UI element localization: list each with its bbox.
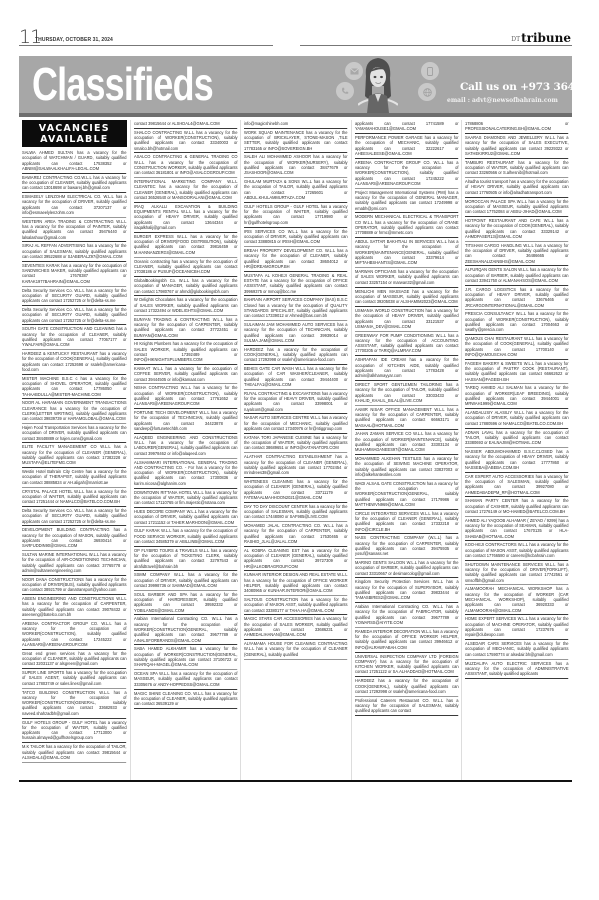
classified-ad: GlobalBookingsbh Co. W.L.L has a vacancy… — [134, 277, 238, 296]
classified-ad: BAWAREJ CONTRACTING CO.W.L.L has a vacan… — [22, 174, 127, 193]
classified-ad: WESTERN AREA TRADING & CONTRACTING W.L.L… — [22, 218, 127, 243]
classified-ad: AREENA CONTRACTOR GROUP CO. W.L.L has a … — [22, 620, 127, 650]
classified-ad: 17868806 or PROFESSIONALCATERING.BH@GMAI… — [465, 120, 569, 134]
classified-ad: SULAIMAN JAM MOHAMMED AUTO SERVICES has … — [244, 321, 348, 346]
classified-ad: SALEH ALI MOHAMMED ASHOOR has a vacancy … — [244, 153, 348, 178]
classified-ad: Westin Hotel Bahrain City Centre has a v… — [22, 468, 127, 487]
classified-ad: ALSHAMMARI INTERNATIONAL GENERAL TRADING… — [134, 459, 238, 489]
classified-ad: WADI ALSAIL GATE CONSTRUCTION has a vaca… — [355, 480, 459, 510]
classified-ad: Delta Security Services Co. W.L.L has a … — [22, 306, 127, 325]
classified-ad: DOWNTOWN RITTANA HOTEL W.L.L has a vacan… — [134, 489, 238, 508]
classified-ad: ESMAEELY LENZOHM ELECTRICAL CO. W.L.L ha… — [22, 193, 127, 218]
classified-ad: MARWAN OPTICIANS has a vacancy for the o… — [355, 268, 459, 287]
classified-ad: contact 39815644 or ALSHDAL4@GMAIL.COM — [134, 120, 238, 129]
classified-ad: MENLICHI MEN MASSAGE has a vacancy for t… — [355, 288, 459, 307]
classified-ad: HARDEEZ & KENTUCKY RESTAURANT has a vaca… — [22, 350, 127, 375]
classified-ad: TAMBURI RESTAURANT has a vacancy for the… — [465, 159, 569, 178]
classified-ad: ALYAMAMA HOUSE FOR CLEANING CONTRACTING … — [244, 640, 348, 659]
brand-logo: DTtribune — [511, 31, 571, 45]
classified-ad: MAGIC SHINE CLEANING CO. W.L.L has a vac… — [134, 690, 238, 709]
classified-ad: info@magicshinebh.com — [244, 120, 348, 129]
classified-ad: RAMEDA INTERIOR DECORATION W.L.L has a v… — [355, 628, 459, 653]
classified-ad: SABA HAMED ALKHAMIR has a vacancy for th… — [134, 645, 238, 670]
classified-ad: MAGIC STARS CAR ACCESSORIES has a vacanc… — [244, 615, 348, 640]
classified-ad: SOUTH GATE CONSTRUCTION AND CLEANING has… — [22, 325, 127, 350]
classified-ad: NASS CONTRACTING COMPANY (W.L.L) has a v… — [355, 534, 459, 559]
classified-ad: Alradha tourist transport has a vacancy … — [465, 178, 569, 197]
classified-ad: SAARAS DIAMONDS AND JEWELLERY W.L.L has … — [465, 134, 569, 159]
classified-ad: NISHA CONTRACTING W.L.L has a vacancy fo… — [134, 384, 238, 409]
classified-ad: RUYAL CONTRACTING & EXCAVATIONS has a va… — [244, 390, 348, 415]
classified-ad: ALAQEED ENGINEERING AND CONSTRUCTIONS W.… — [134, 434, 238, 459]
heading-line-2: AVAILABLE — [22, 134, 127, 145]
classified-ad: ADNAN LAVAL has a vacancy for the occupa… — [465, 429, 569, 448]
email-address-text[interactable]: email : advt@newsofbahrain.com — [447, 97, 558, 104]
classified-ad: KATANA TORI JAPANESE CUISINE has a vacan… — [244, 434, 348, 453]
classified-ad: HOME EXPERT SERVICES W.L.L has a vacancy… — [465, 615, 569, 640]
classified-ad: HOTPOINT RESTAURANT AND CAFE W.L.L has a… — [465, 217, 569, 242]
classified-ad: SEVENTIES KARAK has a vacancy for the oc… — [22, 262, 127, 287]
call-us-text: Call us on +973 36458394 — [460, 81, 599, 93]
header-rule-left — [19, 45, 273, 46]
banner-bottom-strip — [19, 113, 572, 117]
classified-ad: NOOR AL HARAMAIN GOVERNMENT TRANSACTIONS… — [22, 399, 127, 424]
classified-ad: GREENWAY FOR PUMP CONDITIONING W.L.L has… — [355, 332, 459, 357]
classifieds-banner: Classifieds Call us on +973 36458394 ema… — [19, 56, 572, 113]
classified-ad: MARINO GENTS SALOON W.L.L has a vacancy … — [355, 559, 459, 578]
classified-ad: MOHAMMED ALKEHAN TEXTILES has a vacancy … — [355, 455, 459, 480]
classified-ad: ALSEDAIR CARS SERVICES has a vacancy for… — [465, 640, 569, 659]
classified-ad: BUNYAN TRADING & CONTRACTING W.L.L has a… — [134, 316, 238, 341]
classified-ad: BURGER EXPRESS W.L.L has a vacancy for t… — [134, 233, 238, 258]
support-woman-illustration — [358, 56, 398, 113]
column-1: VACANCIES AVAILABLE SALWA AHMED SULTAN h… — [19, 120, 130, 780]
classified-ad: BEHES GATE CAR WASH W.L.L has a vacancy … — [244, 365, 348, 390]
classified-ad: GULF KARAK W.L.L has a vacancy for the o… — [134, 527, 238, 546]
classified-ad: ASHRAFAN IDE CREAM has a vacancy for the… — [355, 356, 459, 381]
classified-ad: DIRECT SPORT GENTLEMEN TAILORING has a v… — [355, 381, 459, 406]
classified-ad: MOHAMED JALAL CONTRACTING CO. W.L.L has … — [244, 522, 348, 547]
classified-ad: HUES DECORE COMPANY W.L.L has a vacancy … — [134, 508, 238, 527]
page-header: 11 THURSDAY, OCTOBER 31, 2024 — [19, 22, 272, 46]
classified-ad: QAMOUS CHAI RESTAURANT W.L.L has a vacan… — [465, 335, 569, 360]
classified-ad: HI Knights Plumbers has a vacancy for th… — [134, 340, 238, 365]
classified-ad: MISTER MACHINE B.S.C c has a vacancy for… — [22, 375, 127, 400]
classified-ad: ALATHAR CONTRACTING ESTABLISHMENT has a … — [244, 453, 348, 478]
column-3: info@magicshinebh.comWORK SQUAD MAINTENA… — [240, 120, 351, 780]
classified-ad: TATCO BUILDING CONSTRUCTION W.L.L has a … — [22, 689, 127, 719]
classified-ad: HARDEEZ has a vacancy for the occupation… — [355, 677, 459, 696]
classified-ad: Great end green services has a vacancy f… — [22, 650, 127, 669]
classified-ad: W Delights Chocolates has a vacancy for … — [134, 296, 238, 315]
classified-ad: applicants can contact 17741589 or YAMAM… — [355, 120, 459, 134]
classified-ad: ABDUL SATTAR BAKHTIALI IN SERVICES W.L.L… — [355, 238, 459, 268]
classified-ad: Hajen Food Transportation Services has a… — [22, 424, 127, 443]
mobile-icon — [421, 62, 439, 80]
classified-ad: UNIVERSAL INSPECTION COMPANY LTD (FOREIG… — [355, 653, 459, 678]
classified-ad: KAMAAT W.L.L has a vacancy for the occup… — [134, 365, 238, 384]
classified-ad: PRESCIA CONSULTANCY W.L.L has a vacancy … — [465, 310, 569, 335]
classified-ad: SALTOUS CONSTRUCTION has a vacancy for t… — [244, 596, 348, 615]
classified-ad: IRAQ ALKALLI EXCAVATION & BUILDING EQUIP… — [134, 203, 238, 233]
classified-ad: BREAH PROPERTY DEVELOPMENT CO. W.L.L has… — [244, 247, 348, 272]
classified-ad: SSMM COMPANY W.L.L has a vacancy for the… — [134, 571, 238, 590]
classified-ad: GHULAM MURTAZA & SONS W.L.L has a vacanc… — [244, 178, 348, 203]
classified-ad: KUNHAR INTERIOR DESIGN AND REAL ESTATE W… — [244, 571, 348, 596]
classified-ad: WHITENESS CLEANING has a vacancy for the… — [244, 478, 348, 503]
classified-ad: AL KOBRA CLEANING EST has a vacancy for … — [244, 547, 348, 572]
classified-ad: INTERNATIONAL MARKETING COMPANY W.L.L CL… — [134, 178, 238, 203]
classified-ad: MOROCCAN PALACE SPA W.L.L has a vacancy … — [465, 198, 569, 217]
classified-ad: JAHAN ZAMAN SERVICE CO W.L.L has a vacan… — [355, 430, 459, 455]
vacancies-available-heading: VACANCIES AVAILABLE — [22, 120, 127, 147]
classified-ad: NOOR DANA CONSTRUCTIONS has a vacancy fo… — [22, 576, 127, 595]
header-rule-right — [300, 45, 572, 46]
classified-ad: J.R. CARGO LOGISTICS has a vacancy for t… — [465, 286, 569, 311]
classified-ad: TAREQ AHMED ALI SALMAN has a vacancy for… — [465, 384, 569, 409]
classified-columns: VACANCIES AVAILABLE SALWA AHMED SULTAN h… — [19, 120, 572, 780]
classified-ad: USMANIA WORLD CONSTRUCTION has a vacancy… — [355, 307, 459, 332]
banner-title: Classifieds — [32, 58, 213, 110]
column-5: 17868806 or PROFESSIONALCATERING.BH@GMAI… — [461, 120, 572, 780]
classified-ad: GULF HOTELS GROUP - GULF HOTEL has a vac… — [244, 203, 348, 228]
globe-icon — [418, 83, 436, 101]
classified-ad: WORK SQUAD MAINTENANCE has a vacancy for… — [244, 129, 348, 154]
classified-ad: AHMED ALI YAQOOB ALHAMAR ( ZEYAD / 9299)… — [465, 517, 569, 542]
heading-line-1: VACANCIES — [22, 123, 127, 134]
classified-ad: HARDEEZ has a vacancy for the occupation… — [244, 346, 348, 365]
phone-icon — [336, 82, 354, 100]
classified-ad: SHAMAN PARTY CENTER has a vacancy for th… — [465, 497, 569, 516]
classified-ad: Professional Caterers Restaurant CO. W.L… — [355, 697, 459, 716]
classified-ad: NASAR AUTO SERVICES CENTRE W.L.L has a v… — [244, 414, 348, 433]
classified-ad: FAGEEH BAKERY & SWEETS W.L.L has a vacan… — [465, 360, 569, 385]
classified-ad: CIRCLE INTEGRATED SERVICES W.L.L has a v… — [355, 510, 459, 535]
classified-ad: ASALCO CONTRACTING & GENERAL TRADING CO … — [134, 153, 238, 178]
column-4: applicants can contact 17741589 or YAMAM… — [351, 120, 462, 780]
page-date: THURSDAY, OCTOBER 31, 2024 — [35, 37, 113, 43]
classified-ad: ALANDALUSIY ALASILIY W.L.L has a vacancy… — [465, 409, 569, 428]
classified-ad: Delta Security Services Co. W.L.L has a … — [22, 507, 127, 526]
classified-ad: DEVELOPMENT BUILDING CONTRACTING has a v… — [22, 526, 127, 551]
classified-ad: ALFURQAN GENTS SALON W.L.L has a vacancy… — [465, 266, 569, 285]
brand-name: tribune — [521, 31, 571, 45]
classified-ad: SULTAN MARINE INTERNATIONAL W.L.L has a … — [22, 551, 127, 576]
classified-ad: FORTUNE TECH DEVELOPMENT W.L.L has a vac… — [134, 409, 238, 434]
classified-ad: AAMIR NISAR OFFICE MANAGEMENT W.L.L has … — [355, 406, 459, 431]
classified-ad: Project Management International Systems… — [355, 189, 459, 214]
classified-ad: MUZDALIFA AUTO ELECTRIC SERVICES has a v… — [465, 660, 569, 679]
classified-ad: Arabian International Contracting CO. W.… — [355, 603, 459, 628]
classified-ad: Oceanic contracting has a vacancy for th… — [134, 258, 238, 277]
classified-ad: CAR EXPERT AUTO ACCESSORIES has a vacanc… — [465, 473, 569, 498]
classified-ad: ALMAMOORAH MECHANICAL WORKSHOP has a vac… — [465, 585, 569, 615]
classified-ad: MODERN MECHANICAL ELECTRICAL & TRANSPORT… — [355, 213, 459, 238]
classified-ad: Delta Security Services Co. W.L.L has a … — [22, 287, 127, 306]
classified-ad: KOO-HEJI CONTRACTORS W.L.L has a vacancy… — [465, 541, 569, 560]
classified-ad: IRIS SERVICES CO W.L.L has a vacancy for… — [244, 228, 348, 247]
classified-ad: SHUTDOWN MAINTENANCE SERVICES W.L.L has … — [465, 561, 569, 586]
classified-ad: CRYSTAL PALACE HOTEL W.L.L has a vacancy… — [22, 488, 127, 507]
column-2: contact 39815644 or ALSHDAL4@GMAIL.COMSH… — [130, 120, 241, 780]
classified-ad: TITSHAM CARGO HANDLING W.L.L has a vacan… — [465, 242, 569, 267]
classified-ad: Kingdom Security Protection Services W.L… — [355, 578, 459, 603]
classified-ad: OP FLYBIRD TOURS & TRAVELS W.L.L has a v… — [134, 547, 238, 572]
page-bottom-rule — [19, 780, 572, 782]
classified-ad: Arabian International Contracting CO. W.… — [134, 615, 238, 645]
classified-ad: SHALCO CONTRACTING W.L.L has a vacancy f… — [134, 129, 238, 154]
classified-ad: M.K TAILOR has a vacancy for the occupat… — [22, 743, 127, 762]
brand-prefix: DT — [511, 36, 520, 43]
classified-ad: OCEAN SPA W.L.L has a vacancy for the oc… — [134, 670, 238, 689]
classified-ad: NASSER ABDUMOHAMMED B.S.C.CLOSED has a v… — [465, 448, 569, 473]
classified-ad: ASEEN ENGINEERING AND CONSTRUCTIONS W.L.… — [22, 595, 127, 620]
classified-ad: SIRAJ AL REFFAN ADVERTISING has a vacanc… — [22, 242, 127, 261]
classified-ad: SOUL BARBER AND SPA has a vacancy for th… — [134, 591, 238, 616]
classified-ad: BAHRAIN AIRPORT SERVICES COMPANY (BAS) B… — [244, 296, 348, 321]
classified-ad: PERFORMANCE POWER GARAGE has a vacancy f… — [355, 134, 459, 159]
classified-ad: AREENA CONTRACTOR GROUP CO. W.L.L has a … — [355, 159, 459, 189]
classified-ad: GULF HOTELS GROUP - GULF HOTEL has a vac… — [22, 719, 127, 744]
classified-ad: SALWA AHMED SULTAN has a vacancy for the… — [22, 149, 127, 174]
classified-ad: ELITE FACILITY MANAGEMENT CO W.L.L has a… — [22, 443, 127, 468]
classified-ad: SUPER LINE SPORTS has a vacancy for the … — [22, 669, 127, 688]
classified-ad: MUSTAFA AL KOHEJI GENERAL TRADING & REAL… — [244, 272, 348, 297]
classified-ad: DAY TO DAY DISCOUNT CENTER has a vacancy… — [244, 503, 348, 522]
